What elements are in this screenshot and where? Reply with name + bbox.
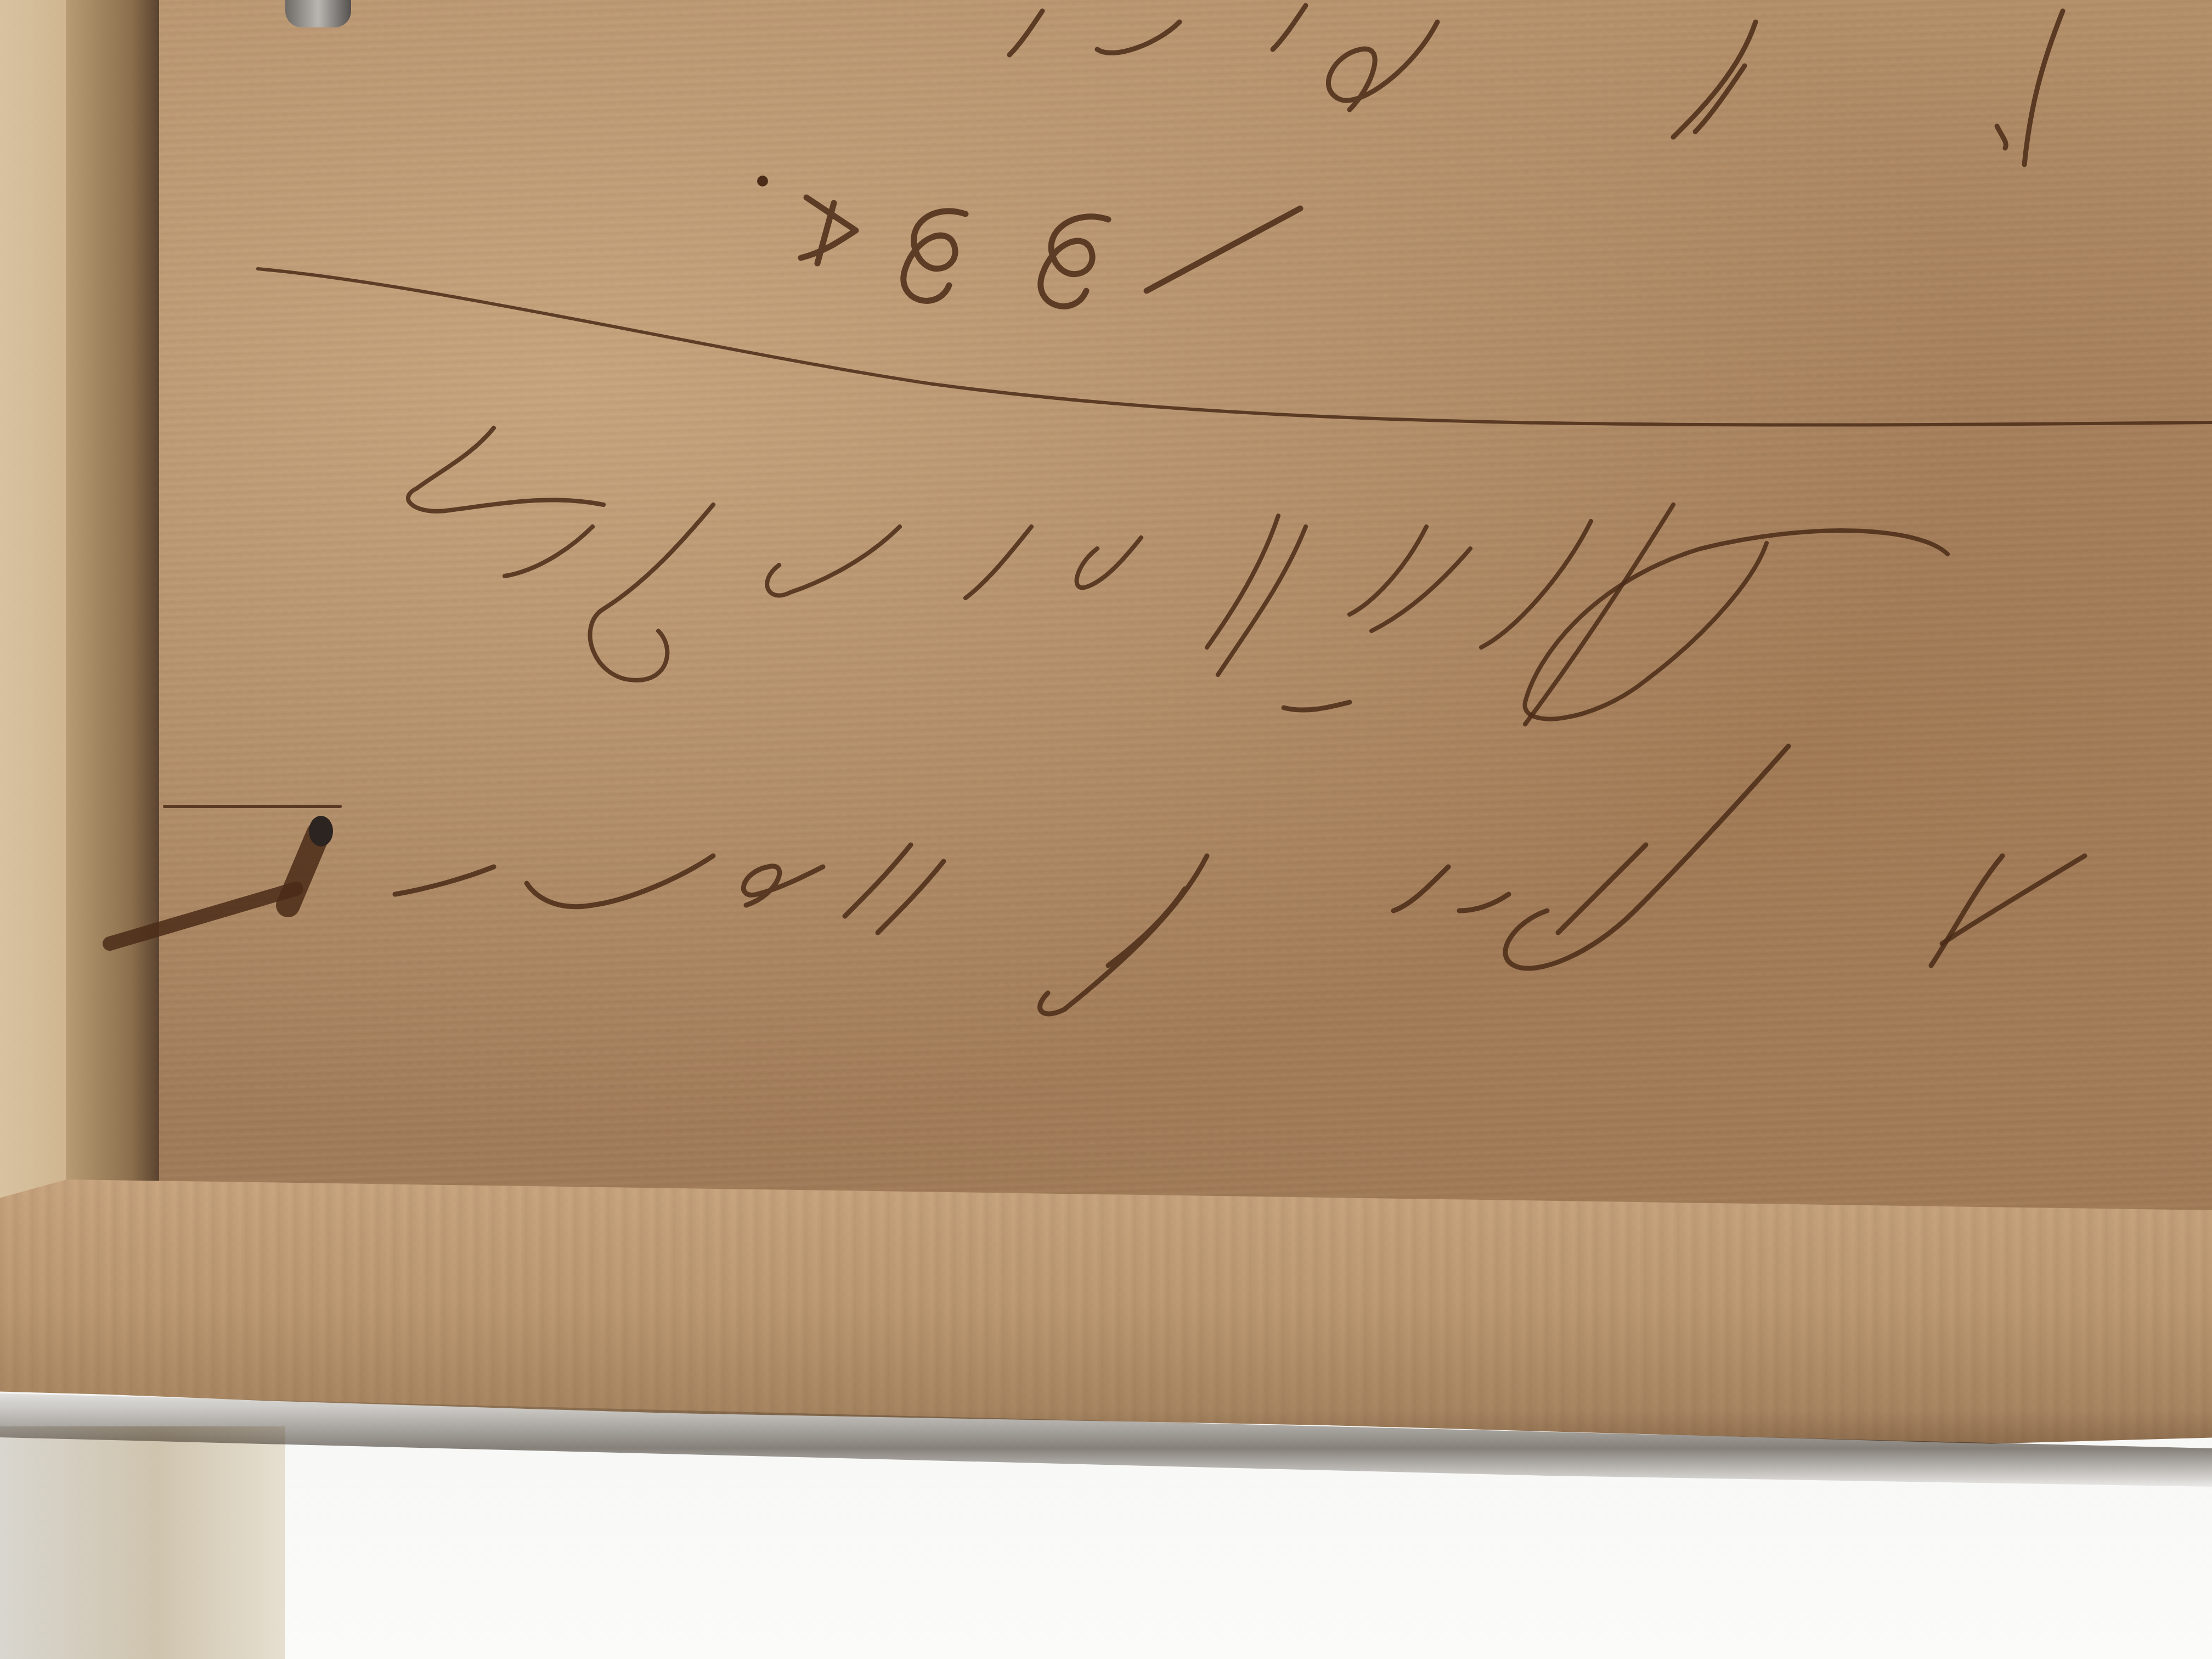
photo-scene: 1884. im Jan… Q… Schlender (cursive sign…: [0, 0, 2212, 1659]
